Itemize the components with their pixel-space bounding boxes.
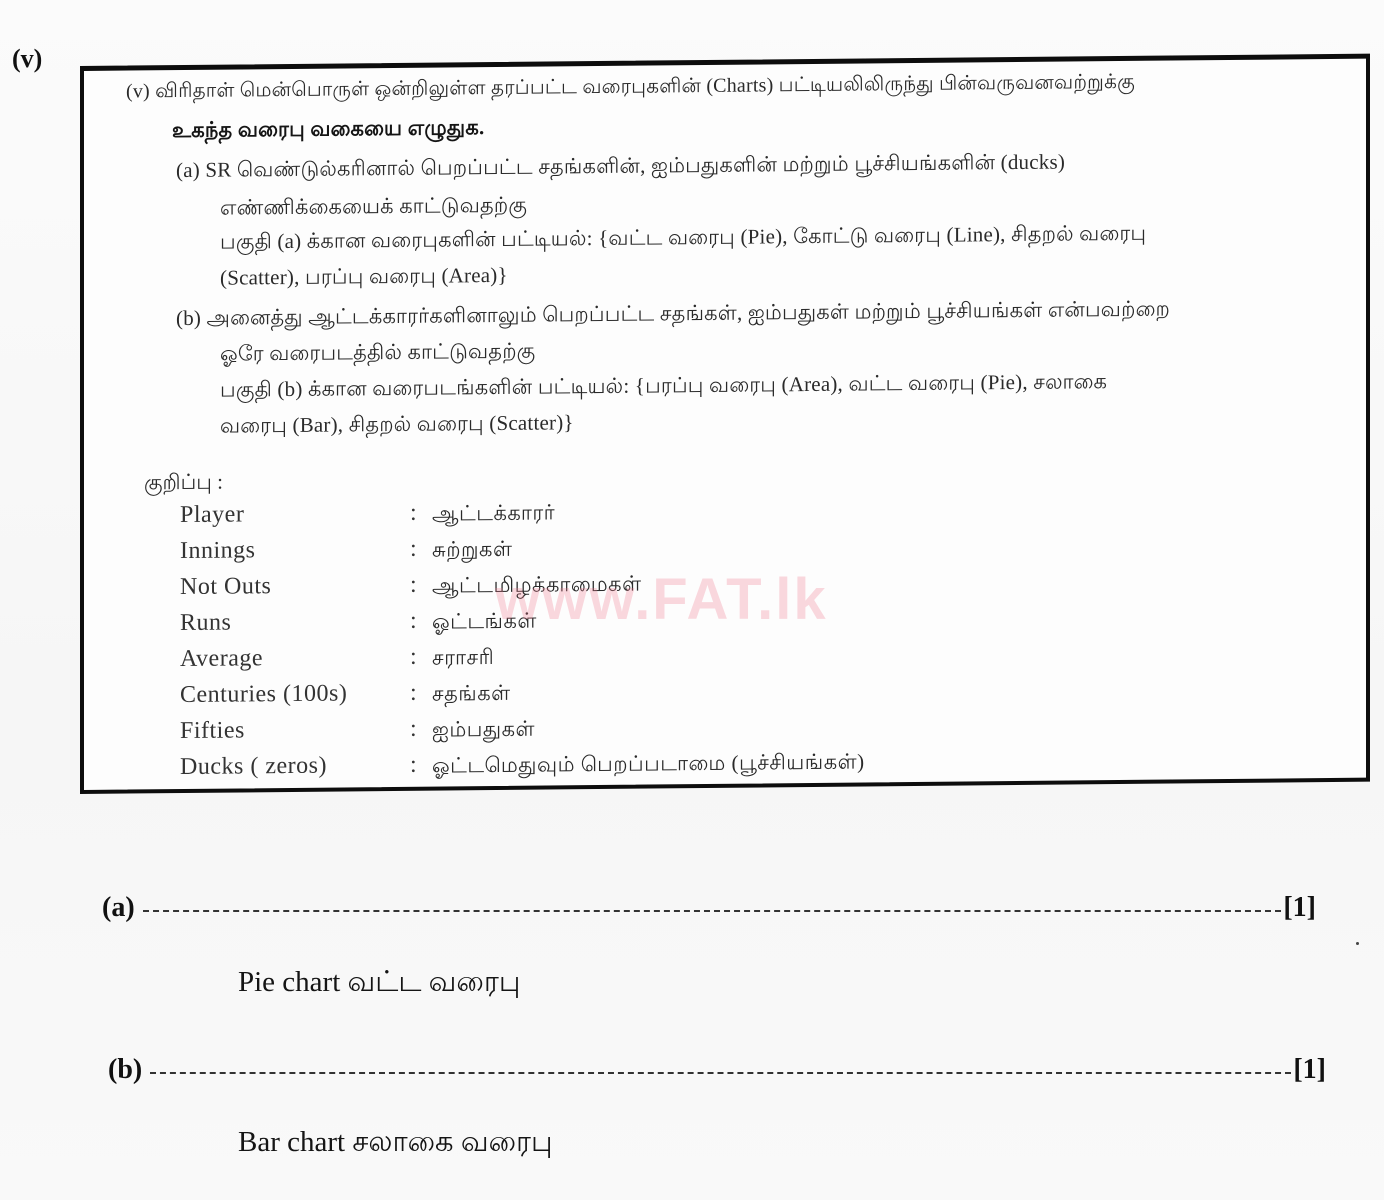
glossary-term: Fifties <box>180 717 245 745</box>
question-line-b: (b) அனைத்து ஆட்டக்காரர்களினாலும் பெறப்பட… <box>176 295 1362 333</box>
glossary-term: Average <box>180 645 263 673</box>
glossary-meaning: சராசரி <box>432 645 494 673</box>
glossary-meaning: ஆட்டக்காரர் <box>432 500 555 528</box>
question-line-a-options: பகுதி (a) க்கான வரைபுகளின் பட்டியல்: {வட… <box>220 219 1362 257</box>
dotted-answer-line <box>143 910 1282 912</box>
glossary-term: Player <box>180 501 244 529</box>
question-line-a: (a) SR வெண்டுல்கரினால் பெறப்பட்ட சதங்களி… <box>176 147 1362 185</box>
answer-text-b: Bar chart சலாகை வரைபு <box>238 1126 553 1162</box>
glossary-meaning: ஆட்டமிழக்காமைகள் <box>432 572 642 601</box>
marks-badge: [1] <box>1293 1054 1326 1086</box>
answer-line-a: (a) [1] <box>102 888 1316 928</box>
glossary-meaning: சுற்றுகள் <box>432 537 512 565</box>
question-line-b-options: பகுதி (b) க்கான வரைபடங்களின் பட்டியல்: {… <box>220 367 1362 405</box>
glossary-meaning: சதங்கள் <box>432 681 511 709</box>
question-line-2: உகந்த வரைபு வகையை எழுதுக. <box>172 115 484 145</box>
glossary-colon: : <box>410 536 417 563</box>
question-line-a-options-cont: (Scatter), பரப்பு வரைபு (Area)} <box>220 263 508 293</box>
glossary-term: Ducks ( zeros) <box>180 753 327 781</box>
answer-line-b: (b) [1] <box>108 1050 1326 1090</box>
marks-badge: [1] <box>1283 892 1316 924</box>
glossary-title: குறிப்பு : <box>144 470 223 498</box>
dotted-answer-line <box>150 1072 1291 1074</box>
scan-speck <box>1356 942 1359 945</box>
glossary-colon: : <box>410 752 417 779</box>
glossary-colon: : <box>410 716 417 743</box>
glossary-colon: : <box>410 644 417 671</box>
question-line-b-options-cont: வரைபு (Bar), சிதறல் வரைபு (Scatter)} <box>220 410 574 440</box>
glossary-meaning: ஐம்பதுகள் <box>432 717 535 745</box>
glossary-colon: : <box>410 608 417 635</box>
glossary-term: Not Outs <box>180 573 271 601</box>
question-line-1: (v) விரிதாள் மென்பொருள் ஒன்றிலுள்ள தரப்ப… <box>126 69 1362 106</box>
question-number: (v) <box>12 44 42 74</box>
question-line-a-cont: எண்ணிக்கையைக் காட்டுவதற்கு <box>220 193 527 223</box>
question-line-b-cont: ஓரே வரைபடத்தில் காட்டுவதற்கு <box>220 339 535 369</box>
answer-label-b: (b) <box>108 1054 142 1086</box>
glossary-colon: : <box>410 680 417 707</box>
question-box: (v) விரிதாள் மென்பொருள் ஒன்றிலுள்ள தரப்ப… <box>80 54 1370 794</box>
glossary-term: Innings <box>180 537 256 565</box>
glossary-meaning: ஓட்டங்கள் <box>432 609 537 637</box>
answer-text-a: Pie chart வட்ட வரைபு <box>238 966 520 1002</box>
glossary-term: Centuries (100s) <box>180 680 347 709</box>
glossary-term: Runs <box>180 610 231 637</box>
answer-label-a: (a) <box>102 892 135 924</box>
glossary-colon: : <box>410 572 417 599</box>
glossary-meaning: ஓட்டமெதுவும் பெறப்படாமை (பூச்சியங்கள்) <box>432 749 865 780</box>
glossary-colon: : <box>410 500 417 527</box>
